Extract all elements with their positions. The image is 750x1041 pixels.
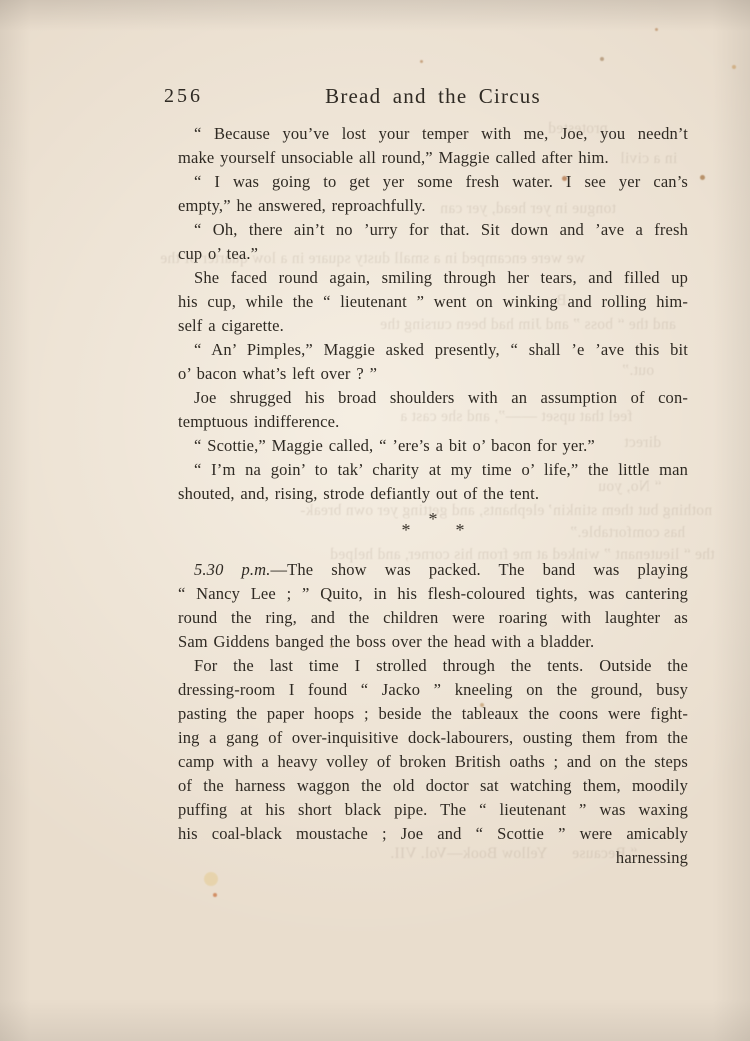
paper-speck (600, 57, 604, 61)
page-number: 256 (164, 85, 203, 108)
running-title: Bread and the Circus (178, 84, 688, 109)
text-line: harnessing (178, 846, 688, 870)
paper-speck (562, 176, 567, 181)
text-line: cup o’ tea.” (178, 242, 688, 266)
text-line: of the harness waggon the old doctor sat… (178, 774, 688, 798)
paper-speck (204, 872, 218, 886)
timestamp-italic: 5.30 p.m. (194, 560, 271, 579)
asterisk-glyph: * (402, 520, 411, 541)
text-line: temptuous indifference. (178, 410, 688, 434)
text-line: “ I’m na goin’ to tak’ charity at my tim… (178, 458, 688, 482)
text-line: camp with a heavy volley of broken Briti… (178, 750, 688, 774)
page-header: 256 Bread and the Circus (178, 84, 688, 110)
text-line: puffing at his short black pipe. The “ l… (178, 798, 688, 822)
paper-speck (655, 28, 658, 31)
text-line: She faced round again, smiling through h… (178, 266, 688, 290)
text-line: “ Oh, there ain’t no ’urry for that. Sit… (178, 218, 688, 242)
asterisk-glyph: * (456, 520, 465, 541)
text-line: o’ bacon what’s left over ? ” (178, 362, 688, 386)
text-line: ing a gang of over-inquisitive dock-labo… (178, 726, 688, 750)
text-line: empty,” he answered, reproachfully. (178, 194, 688, 218)
text-line: self a cigarette. (178, 314, 688, 338)
text-line: “ Scottie,” Maggie called, “ ’ere’s a bi… (178, 434, 688, 458)
scanned-book-page: { "page": { "number": "256", "title": "B… (0, 0, 750, 1041)
text-column-evening: 5.30 p.m.—The show was packed. The band … (178, 558, 688, 870)
text-line: make yourself unsociable all round,” Mag… (178, 146, 688, 170)
text-line: Joe shrugged his broad shoulders with an… (178, 386, 688, 410)
paper-speck (420, 60, 423, 63)
asterisk-glyph: * (429, 509, 438, 530)
text-line: For the last time I strolled through the… (178, 654, 688, 678)
text-line: dressing-room I found “ Jacko ” kneeling… (178, 678, 688, 702)
text-line: round the ring, and the children were ro… (178, 606, 688, 630)
text-line: “ I was going to get yer some fresh wate… (178, 170, 688, 194)
paper-speck (213, 893, 217, 897)
text-line: 5.30 p.m.—The show was packed. The band … (178, 558, 688, 582)
text-line: “ An’ Pimples,” Maggie asked presently, … (178, 338, 688, 362)
text-line: “ Because you’ve lost your temper with m… (178, 122, 688, 146)
text-column-dialogue: “ Because you’ve lost your temper with m… (178, 122, 688, 506)
text-line: “ Nancy Lee ; ” Quito, in his flesh-colo… (178, 582, 688, 606)
text-line: pasting the paper hoops ; beside the tab… (178, 702, 688, 726)
section-break-asterisks: *** (178, 514, 688, 548)
paper-speck (480, 703, 484, 707)
text-line: Sam Giddens banged the boss over the hea… (178, 630, 688, 654)
text-line: his coal-black moustache ; Joe and “ Sco… (178, 822, 688, 846)
paper-speck (700, 175, 705, 180)
text-line: his cup, while the “ lieutenant ” went o… (178, 290, 688, 314)
paper-speck (732, 65, 736, 69)
paper-speck (330, 645, 333, 648)
text-line: shouted, and, rising, strode defiantly o… (178, 482, 688, 506)
